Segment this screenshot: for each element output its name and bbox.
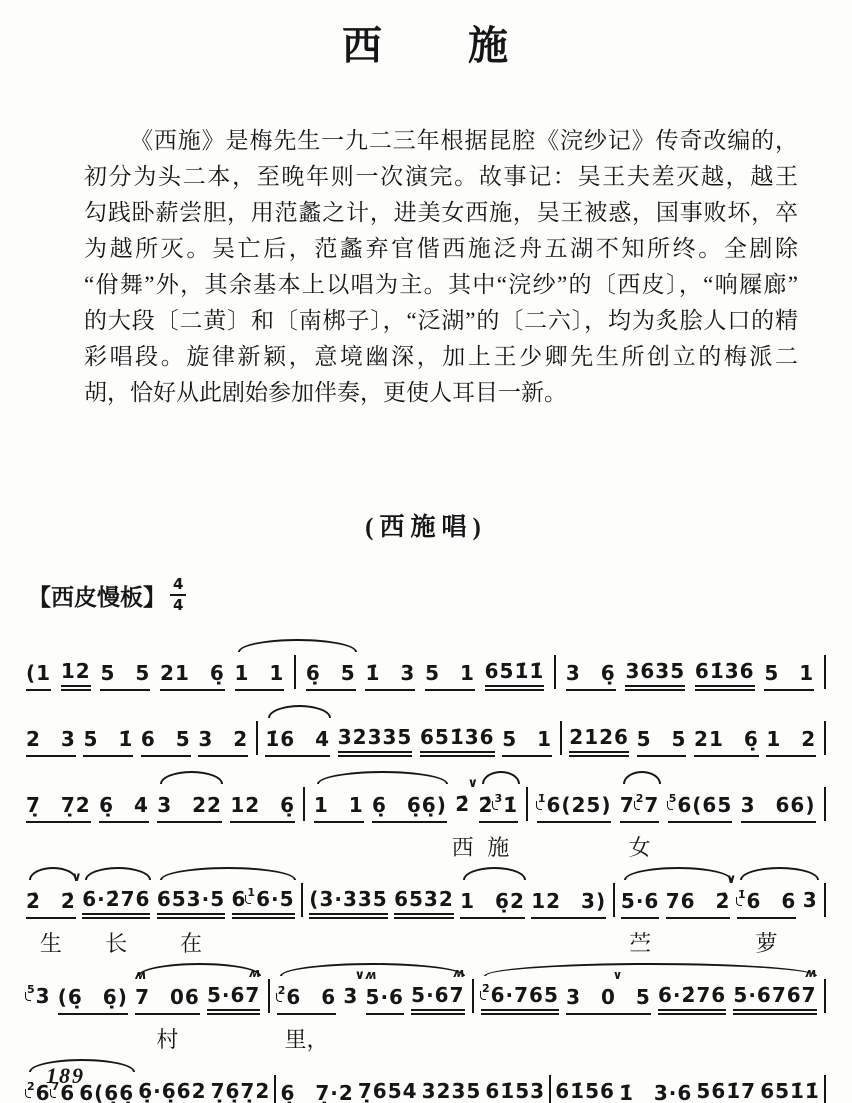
note-group: 56(65 [668, 793, 733, 823]
note-group: 5 1 [764, 661, 814, 691]
note-group: 32335 [338, 725, 413, 757]
note-group: 1̇6(25) [537, 793, 612, 823]
lyric: 生 [40, 927, 62, 958]
note-group: 1 2 [766, 727, 816, 757]
note-group: 61̇53 [485, 1079, 545, 1103]
lyric: 女 [629, 831, 651, 862]
intro-line: 为越所灭。吴亡后，范蠡弃官偕西施泛舟五湖不知所终。全剧除 [84, 231, 798, 267]
note-group: 61̇36 [695, 659, 755, 691]
meter-numerator: 4 [170, 577, 186, 594]
music-line: 2̇ 2̇生6·2̇76∨长653·5在616·5(3·33565321 6̣2… [26, 861, 826, 919]
music-line: 2̇6766(6̣6̣6̣·6̣627̣6̣7̣26̣ 7̣·27̣654323… [26, 1053, 826, 1103]
lyric: 西 [452, 831, 474, 862]
note-group: 3 [343, 984, 358, 1015]
slur-arc [624, 867, 732, 880]
slur-arc [29, 867, 77, 880]
note-group: 5·67ʍ [207, 983, 260, 1015]
page-number: 189 [46, 1063, 85, 1089]
note-group: 5·6767ʍ [733, 983, 816, 1015]
barline [549, 1075, 551, 1103]
grace-note: 2̇ [27, 1080, 35, 1093]
grace-note: 5 [27, 983, 35, 996]
slur-arc [85, 867, 151, 880]
barline [824, 787, 826, 821]
slur-arc [317, 771, 448, 784]
grace-note: 2̇ [278, 984, 286, 997]
score: (1125 521 6̣1 16̣ 51̇ 35 1651̇1̇3 6̣3635… [26, 633, 826, 1103]
note-group: 6̣·6̣62 [138, 1079, 206, 1103]
intro-line: “佾舞”外，其余基本上以唱为主。其中“浣纱”的〔西皮〕，“响屧廊” [84, 267, 798, 303]
slur-arc [740, 867, 819, 880]
note-group: (6̣ 6̣) [58, 985, 128, 1015]
grace-note: 1̇ [538, 792, 546, 805]
barline [824, 979, 826, 1013]
note-group: 2 3 [26, 727, 76, 757]
note-group: 6̣ 7̣·2 [280, 1081, 353, 1103]
intro-paragraph: 《西施》是梅先生一九二三年根据昆腔《浣纱记》传奇改编的， 初分为头二本，至晚年则… [84, 123, 798, 411]
note-group: 1̇6 6∨萝 [737, 889, 796, 919]
slur-arc [482, 771, 520, 784]
note-group: 7̣6̣7̣2 [211, 1079, 271, 1103]
note-group: 1̇6 4 [265, 727, 330, 757]
barline [472, 979, 474, 1013]
music-line: 2 35 1̇6 53 21̇6 432335651̇365 121265 52… [26, 699, 826, 757]
note-group: 5 1 [502, 727, 552, 757]
barline [560, 721, 562, 755]
note-group: 5·6∨ʍ [366, 985, 404, 1015]
note-group: 21 6̣ [694, 727, 759, 757]
note-group: 5 5 [100, 661, 150, 691]
note-group: 3235 [422, 1079, 482, 1103]
note-group: 1 6̣2 [460, 889, 525, 919]
barline [301, 883, 303, 917]
grace-note: 1 [247, 886, 255, 899]
note-group: 61̇56 [555, 1079, 615, 1103]
music-line: (1125 521 6̣1 16̣ 51̇ 35 1651̇1̇3 6̣3635… [26, 633, 826, 691]
singer-label: (西施唱) [0, 507, 852, 543]
breath-mark: ∨ [468, 776, 479, 791]
meter-denominator: 4 [170, 594, 186, 613]
note-group: 76 2̇ [666, 889, 731, 919]
lyric: 苎 [629, 927, 651, 958]
grace-note: 2̇ [482, 982, 490, 995]
note-group: 6532 [394, 887, 454, 919]
note-group: 1 1 [235, 661, 285, 691]
barline [824, 721, 826, 755]
note-group: 3 0 5∨ [566, 985, 651, 1015]
note-group: 21 6̣ [160, 661, 225, 691]
barline [526, 787, 528, 821]
note-group: 3 66) [741, 793, 816, 823]
lyric: 萝 [756, 927, 778, 958]
note-group: 3 2 [198, 727, 248, 757]
note-group: (1 [26, 661, 51, 691]
note-group: 3 [803, 888, 818, 919]
note-group: 2̇3̇1̇∨施 [479, 793, 519, 823]
slur-arc [138, 963, 261, 976]
note-group: 12 [61, 659, 91, 691]
barline [294, 655, 296, 689]
barline [554, 655, 556, 689]
note-group: 6·2̇76∨长 [82, 887, 150, 919]
note-group: 12 3) [531, 889, 606, 919]
barline [274, 1075, 276, 1103]
note-group: 6̣ 6̣6̣) [372, 793, 447, 823]
lyric: 长 [105, 927, 127, 958]
lyric: 村 [156, 1023, 178, 1054]
barline [824, 1075, 826, 1103]
note-group: 6 5 [141, 727, 191, 757]
note-group: 53 [26, 984, 51, 1015]
tempo-label: 【西皮慢板】 [28, 579, 166, 612]
slur-arc [484, 963, 817, 976]
note-group: 653·5在 [157, 887, 225, 919]
note-group: 616·5 [232, 887, 295, 919]
note-group: 2̇西 [455, 792, 470, 823]
intro-line: 勾践卧薪尝胆，用范蠡之计，进美女西施，吴王被惑，国事败坏，卒 [84, 195, 798, 231]
note-group: 12 6̣ [230, 793, 295, 823]
slur-arc [160, 867, 296, 880]
grace-note: 2 [636, 792, 644, 805]
barline [824, 883, 826, 917]
barline [613, 883, 615, 917]
note-group: 1 1 [314, 793, 364, 823]
note-group: 7̣654 [358, 1079, 418, 1103]
note-group: 651̇36 [420, 725, 495, 757]
note-group: 6̣ 5 [306, 661, 356, 691]
slur-arc [280, 963, 465, 976]
note-group: 1̇ 3 [365, 661, 415, 691]
music-line: 7̣ 7̣26̣ 43 2212 6̣1 16̣ 6̣6̣)2̇西2̇3̇1̇∨… [26, 765, 826, 823]
intro-line: 初分为头二本，至晚年则一次演完。故事记：吴王夫差灭越，越王 [84, 159, 798, 195]
note-group: 5 1̇ [83, 727, 133, 757]
note-group: 2126 [569, 725, 629, 757]
lyric: 里， [284, 1023, 328, 1054]
barline [268, 979, 270, 1013]
note-group: 2̇6 6里， [277, 985, 336, 1015]
lyric: 在 [180, 927, 202, 958]
page-title: 西 施 [0, 14, 852, 71]
slur-arc [238, 639, 357, 652]
slur-arc [623, 771, 661, 784]
intro-line: 胡，恰好从此剧始参加伴奏，更使人耳目一新。 [84, 375, 798, 411]
note-group: 3635 [625, 659, 685, 691]
slur-arc [160, 771, 223, 784]
score-page: 西 施 《西施》是梅先生一九二三年根据昆腔《浣纱记》传奇改编的， 初分为头二本，… [0, 0, 852, 1103]
grace-note: 1̇ [738, 888, 746, 901]
barline [256, 721, 258, 755]
slur-arc [463, 867, 526, 880]
tempo-marking: 【西皮慢板】 4 4 [28, 577, 852, 613]
note-group: 6̣ 4 [99, 793, 149, 823]
grace-note: 5 [669, 792, 677, 805]
slur-arc [268, 705, 331, 718]
note-group: 5 5 [637, 727, 687, 757]
note-group: 651̇1̇ [760, 1079, 820, 1103]
note-group: 1̇ 3·6 [619, 1081, 692, 1103]
barline [824, 655, 826, 689]
note-group: 651̇1̇ [485, 659, 545, 691]
note-group: 5·6苎 [621, 889, 659, 919]
note-group: 3 22 [157, 793, 222, 823]
intro-line: 《西施》是梅先生一九二三年根据昆腔《浣纱记》传奇改编的， [84, 123, 798, 159]
music-line: 53(6̣ 6̣)7 06ʍ村5·67ʍ2̇6 6里，35·6∨ʍ5·67ʍ2̇… [26, 957, 826, 1015]
note-group: 6(6̣6̣ [79, 1081, 134, 1103]
note-group: 7̣ 7̣2 [26, 793, 91, 823]
note-group: 5·67ʍ [411, 983, 464, 1015]
intro-line: 彩唱段。旋律新颖，意境幽深，加上王少卿先生所创立的梅派二 [84, 339, 798, 375]
note-group: 2̇6·765 [481, 983, 559, 1015]
note-group: 6·2̇76 [658, 983, 726, 1015]
note-group: 727女 [620, 793, 660, 823]
note-group: 3 6̣ [566, 661, 616, 691]
note-group: (3·335 [309, 887, 387, 919]
meter-fraction: 4 4 [170, 577, 186, 613]
note-group: 2̇ 2̇生 [26, 889, 76, 919]
lyric: 施 [487, 831, 509, 862]
barline [303, 787, 305, 821]
note-group: 7 06ʍ村 [135, 985, 200, 1015]
intro-line: 的大段〔二黄〕和〔南梆子〕，“泛湖”的〔二六〕，均为炙脍人口的精 [84, 303, 798, 339]
note-group: 5 1 [425, 661, 475, 691]
grace-note: 3̇ [494, 792, 502, 805]
note-group: 561̇7 [696, 1079, 756, 1103]
